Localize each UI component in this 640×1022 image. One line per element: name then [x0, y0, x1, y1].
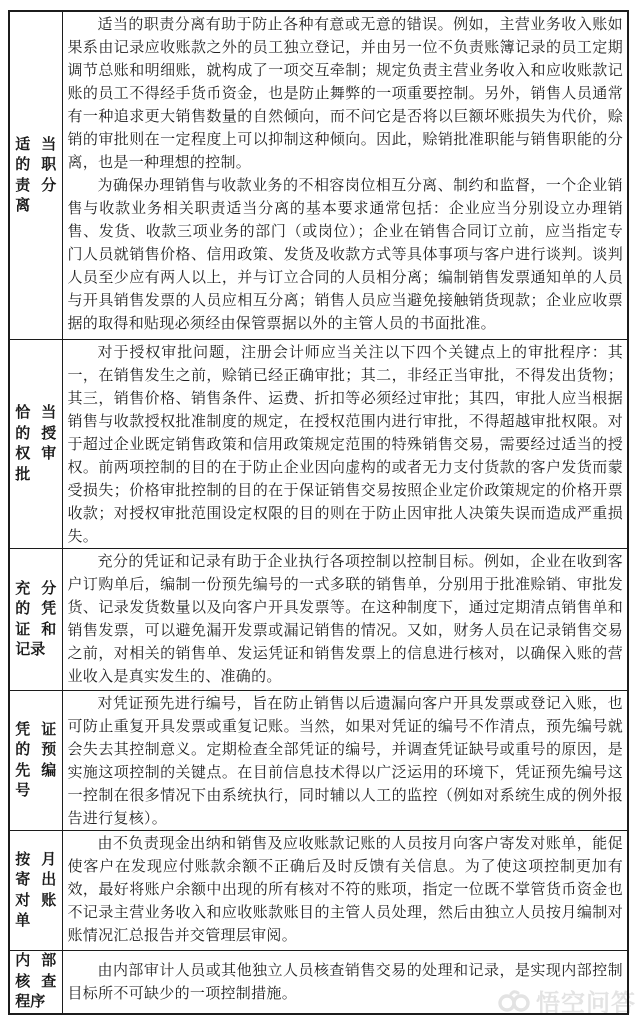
row-header-text: 号	[15, 781, 56, 802]
row-header-text: 寄出	[15, 870, 56, 891]
internal-control-table: 适当 的职 责分 离 适当的职责分离有助于防止各种有意或无意的错误。例如，主营业…	[8, 10, 629, 1015]
row-header-text: 先编	[15, 761, 56, 782]
row-header-text: 的凭	[15, 599, 56, 620]
table-row-internal-verification: 内部 核查 程序 由内部审计人员或其他独立人员核查销售交易的处理和记录，是实现内…	[10, 951, 627, 1013]
row-header-text: 适当	[15, 135, 56, 156]
row-header-cell: 内部 核查 程序	[10, 951, 63, 1013]
row-header-text: 凭证	[15, 720, 56, 741]
row-header-cell: 按月 寄出 对账 单	[10, 831, 63, 950]
row-header-text: 程序	[15, 992, 56, 1013]
paragraph: 为确保办理销售与收款业务的不相容岗位相互分离、制约和监督，一个企业销售与收款业务…	[68, 175, 624, 336]
row-header-text: 责分	[15, 176, 56, 197]
row-header-text: 离	[15, 196, 56, 217]
row-header-text: 的预	[15, 740, 56, 761]
row-header-text: 核查	[15, 972, 56, 993]
row-header-text: 对账	[15, 891, 56, 912]
row-content-cell: 适当的职责分离有助于防止各种有意或无意的错误。例如，主营业务收入账如果系由记录应…	[63, 12, 628, 339]
table-row-prenumbered-documents: 凭证 的预 先编 号 对凭证预先进行编号，旨在防止销售以后遗漏向客户开具发票或登…	[10, 691, 627, 831]
row-header-cell: 凭证 的预 先编 号	[10, 691, 63, 830]
paragraph: 对于授权审批问题，注册会计师应当关注以下四个关键点上的审批程序：其一，在销售发生…	[68, 342, 624, 548]
table-row-segregation-of-duties: 适当 的职 责分 离 适当的职责分离有助于防止各种有意或无意的错误。例如，主营业…	[10, 12, 627, 340]
row-header-text: 充分	[15, 579, 56, 600]
row-header-cell: 适当 的职 责分 离	[10, 12, 63, 339]
paragraph: 由内部审计人员或其他独立人员核查销售交易的处理和记录，是实现内部控制目标所不可缺…	[68, 960, 624, 1006]
row-header-text: 内部	[15, 951, 56, 972]
row-content-cell: 由不负责现金出纳和销售及应收账款记账的人员按月向客户寄发对账单，能促使客户在发现…	[63, 831, 628, 950]
row-header-text: 证和	[15, 620, 56, 641]
row-header-cell: 恰当 的授 权审 批	[10, 340, 63, 548]
row-header-cell: 充分 的凭 证和 记录	[10, 549, 63, 690]
table-row-documents-and-records: 充分 的凭 证和 记录 充分的凭证和记录有助于企业执行各项控制以控制目标。例如，…	[10, 549, 627, 691]
row-content-cell: 充分的凭证和记录有助于企业执行各项控制以控制目标。例如，企业在收到客户订购单后，…	[63, 549, 628, 690]
row-header-text: 记录	[15, 640, 56, 661]
document-page: 悟空问答 适当 的职 责分 离 适当的职责分离有助于防止各种有意或无意的错误。例…	[0, 0, 640, 1022]
row-header-text: 单	[15, 911, 56, 932]
row-content-cell: 对凭证预先进行编号，旨在防止销售以后遗漏向客户开具发票或登记入账，也可防止重复开…	[63, 691, 628, 830]
paragraph: 充分的凭证和记录有助于企业执行各项控制以控制目标。例如，企业在收到客户订购单后，…	[68, 551, 624, 689]
row-header-text: 按月	[15, 850, 56, 871]
row-content-cell: 由内部审计人员或其他独立人员核查销售交易的处理和记录，是实现内部控制目标所不可缺…	[63, 951, 628, 1013]
row-header-text: 批	[15, 465, 56, 486]
table-row-monthly-statements: 按月 寄出 对账 单 由不负责现金出纳和销售及应收账款记账的人员按月向客户寄发对…	[10, 831, 627, 951]
table-row-authorization-approval: 恰当 的授 权审 批 对于授权审批问题，注册会计师应当关注以下四个关键点上的审批…	[10, 340, 627, 549]
row-content-cell: 对于授权审批问题，注册会计师应当关注以下四个关键点上的审批程序：其一，在销售发生…	[63, 340, 628, 548]
row-header-text: 的职	[15, 155, 56, 176]
row-header-text: 权审	[15, 444, 56, 465]
paragraph: 由不负责现金出纳和销售及应收账款记账的人员按月向客户寄发对账单，能促使客户在发现…	[68, 833, 624, 948]
paragraph: 适当的职责分离有助于防止各种有意或无意的错误。例如，主营业务收入账如果系由记录应…	[68, 14, 624, 175]
row-header-text: 恰当	[15, 403, 56, 424]
row-header-text: 的授	[15, 424, 56, 445]
paragraph: 对凭证预先进行编号，旨在防止销售以后遗漏向客户开具发票或登记入账，也可防止重复开…	[68, 693, 624, 830]
